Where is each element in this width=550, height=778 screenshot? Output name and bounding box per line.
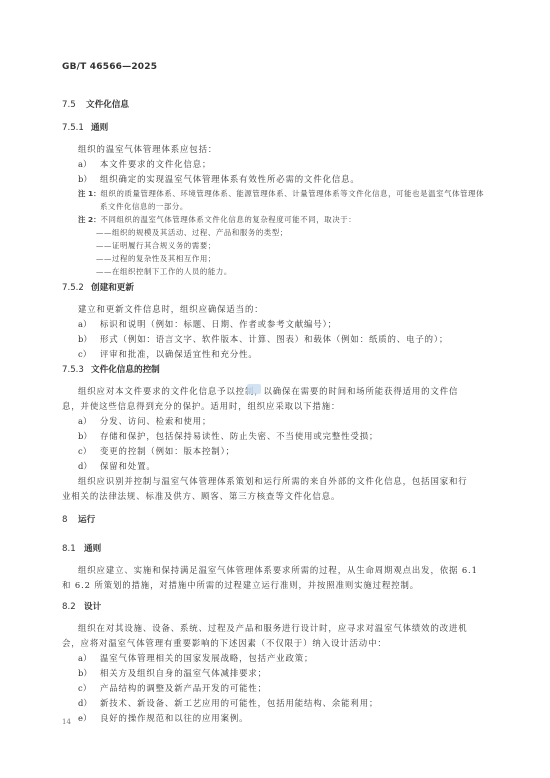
list-item: b）形式（例如：语言文字、软件版本、计算、图表）和载体（例如：纸质的、电子的）；: [78, 333, 448, 345]
list-item: a）本文件要求的文件化信息；: [78, 158, 211, 170]
note-2: 注 2：不同组织的温室气体管理体系文件化信息的复杂程度可能不同，取决于：: [78, 214, 356, 225]
list-text: 变更的控制（例如：版本控制）；: [100, 446, 235, 456]
paragraph-line: 会，应将对温室气体管理有重要影响的下述因素（不仅限于）纳入设计活动中：: [62, 637, 387, 649]
list-item: b）存储和保护，包括保持易读性、防止失密、不当使用或完整性受损；: [78, 430, 378, 442]
list-text: 相关方及组织自身的温室气体减排要求；: [100, 668, 267, 678]
section-number: 7.5.1: [62, 123, 91, 133]
list-item: d）保留和处置。: [78, 460, 156, 472]
section-number: 7.5.2: [62, 283, 91, 293]
list-text: 形式（例如：语言文字、软件版本、计算、图表）和载体（例如：纸质的、电子的）；: [100, 334, 448, 344]
section-heading-7-5-1: 7.5.1通则: [62, 121, 108, 133]
section-title: 运行: [78, 515, 95, 525]
paragraph-line: 组织应对本文件要求的文件化信息予以控制，以确保在需要的时间和场所能获得适用的文件…: [78, 385, 458, 397]
list-text: 分发、访问、检索和使用；: [100, 416, 211, 426]
list-label: b）: [78, 667, 100, 679]
section-number: 8.1: [62, 544, 84, 554]
section-title: 通则: [91, 123, 108, 133]
section-heading-7-5-3: 7.5.3文件化信息的控制: [62, 363, 160, 375]
section-heading-8-2: 8.2设计: [62, 600, 101, 612]
list-item: b）相关方及组织自身的温室气体减排要求；: [78, 667, 267, 679]
watermark-logo: [247, 384, 261, 394]
section-title: 文件化信息的控制: [91, 365, 160, 375]
list-text: 本文件要求的文件化信息；: [100, 159, 211, 169]
paragraph: 建立和更新文件信息时，组织应确保适当的：: [78, 303, 264, 315]
note-label: 注 2：: [78, 215, 101, 224]
list-item: a）标识和说明（例如：标题、日期、作者或参考文献编号）；: [78, 318, 337, 330]
page-number: 14: [62, 718, 71, 726]
list-text: 产品结构的调整及新产品开发的可能性；: [100, 683, 267, 693]
section-number: 8: [62, 515, 78, 525]
note-text: 组织的质量管理体系、环境管理体系、能源管理体系、计量管理体系等文件化信息，可能也…: [101, 189, 485, 198]
section-heading-8-1: 8.1通则: [62, 542, 101, 554]
note-1: 注 1：组织的质量管理体系、环境管理体系、能源管理体系、计量管理体系等文件化信息…: [78, 188, 484, 199]
list-label: b）: [78, 173, 100, 185]
paragraph-line: 组织应建立、实施和保持满足温室气体管理体系要求所需的过程，从生命周期观点出发，依…: [78, 564, 478, 576]
paragraph-line: 息，并使这些信息得到充分的保护。适用时，组织应采取以下措施：: [62, 400, 340, 412]
section-title: 通则: [84, 544, 101, 554]
list-item: a）温室气体管理相关的国家发展战略，包括产业政策；: [78, 652, 313, 664]
list-label: e）: [78, 712, 100, 724]
note-label: 注 1：: [78, 189, 101, 198]
list-item: c）变更的控制（例如：版本控制）；: [78, 445, 235, 457]
list-label: c）: [78, 348, 100, 360]
standard-code-header: GB/T 46566—2025: [62, 62, 157, 72]
list-label: a）: [78, 158, 100, 170]
list-label: d）: [78, 460, 100, 472]
list-item: a）分发、访问、检索和使用；: [78, 415, 211, 427]
section-heading-7-5: 7.5文件化信息: [62, 98, 129, 110]
section-number: 7.5: [62, 100, 86, 110]
list-item: b）组织确定的实现温室气体管理体系有效性所必需的文件化信息。: [78, 173, 360, 185]
list-text: 标识和说明（例如：标题、日期、作者或参考文献编号）；: [100, 319, 337, 329]
paragraph-line: 组织应识别并控制与温室气体管理体系策划和运行所需的来自外部的文件化信息，包括国家…: [78, 475, 468, 487]
list-label: a）: [78, 415, 100, 427]
section-title: 文件化信息: [86, 100, 129, 110]
list-text: 存储和保护，包括保持易读性、防止失密、不当使用或完整性受损；: [100, 431, 378, 441]
list-item: c）产品结构的调整及新产品开发的可能性；: [78, 682, 267, 694]
list-text: 保留和处置。: [100, 461, 156, 471]
list-label: c）: [78, 682, 100, 694]
list-label: d）: [78, 697, 100, 709]
list-item: c）评审和批准，以确保适宜性和充分性。: [78, 348, 258, 360]
paragraph-line: 和 6.2 所策划的措施，对措施中所需的过程建立运行准则，并按照准则实施过程控制…: [62, 579, 419, 591]
list-label: b）: [78, 430, 100, 442]
list-label: a）: [78, 652, 100, 664]
list-item: d）新技术、新设备、新工艺应用的可能性，包括用能结构、余能利用；: [78, 697, 378, 709]
list-label: b）: [78, 333, 100, 345]
section-heading-8: 8运行: [62, 513, 95, 525]
list-text: 新技术、新设备、新工艺应用的可能性，包括用能结构、余能利用；: [100, 698, 378, 708]
paragraph-line: 组织在对其设施、设备、系统、过程及产品和服务进行设计时，应寻求对温室气体绩效的改…: [78, 622, 468, 634]
note-dash-item: ——过程的复杂性及其相互作用；: [96, 253, 216, 264]
note-dash-item: ——组织的规模及其活动、过程、产品和服务的类型；: [96, 227, 288, 238]
list-label: c）: [78, 445, 100, 457]
list-text: 良好的操作规范和以往的应用案例。: [100, 713, 248, 723]
list-text: 温室气体管理相关的国家发展战略，包括产业政策；: [100, 653, 313, 663]
list-text: 组织确定的实现温室气体管理体系有效性所必需的文件化信息。: [100, 174, 360, 184]
paragraph-line: 业相关的法律法规、标准及供方、顾客、第三方核查等文件化信息。: [62, 490, 340, 502]
note-dash-item: ——证明履行其合规义务的需要；: [96, 240, 216, 251]
note-dash-item: ——在组织控制下工作的人员的能力。: [96, 266, 232, 277]
section-title: 创建和更新: [91, 283, 134, 293]
paragraph: 组织的温室气体管理体系应包括：: [78, 143, 217, 155]
section-title: 设计: [84, 602, 101, 612]
list-item: e）良好的操作规范和以往的应用案例。: [78, 712, 248, 724]
list-text: 评审和批准，以确保适宜性和充分性。: [100, 349, 258, 359]
section-number: 7.5.3: [62, 365, 91, 375]
section-number: 8.2: [62, 602, 84, 612]
note-1-continuation: 系文件化信息的一部分。: [100, 201, 188, 212]
note-text: 不同组织的温室气体管理体系文件化信息的复杂程度可能不同，取决于：: [101, 215, 357, 224]
list-label: a）: [78, 318, 100, 330]
section-heading-7-5-2: 7.5.2创建和更新: [62, 281, 134, 293]
